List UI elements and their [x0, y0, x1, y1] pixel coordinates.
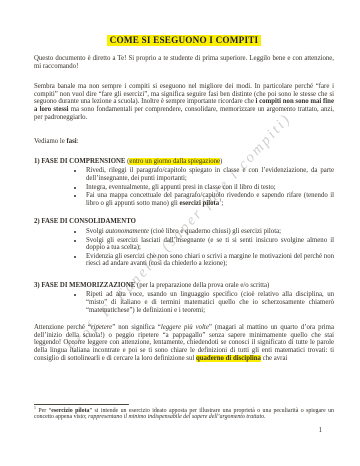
lead-in-paragraph: Vediamo le fasi:: [34, 138, 334, 146]
text-segment: ): [220, 158, 222, 165]
text-segment: esercizi pilota: [179, 200, 219, 207]
text-segment: che avrai: [261, 355, 287, 362]
section-2-bullets: Svolgi autonomamente (cioè libro e quade…: [34, 228, 334, 268]
text-segment: Per “: [36, 408, 51, 414]
section-comprensione: 1) FASE DI COMPRENSIONE (entro un giorno…: [34, 158, 334, 208]
text-segment: .: [264, 414, 265, 420]
warning-paragraph: Attenzione perché “ripetere” non signifi…: [34, 324, 334, 362]
text-segment: ;: [221, 200, 223, 207]
text-segment: Svolgi gli esercizi lasciati dall’insegn…: [86, 237, 334, 252]
document-page: Prof. F. Fanelli (saper fare i compiti) …: [0, 0, 360, 466]
text-segment: Vediamo le: [34, 138, 66, 145]
section-1-heading: 1) FASE DI COMPRENSIONE (entro un giorno…: [34, 158, 334, 166]
text-segment: leggere più volte: [161, 324, 209, 331]
section-1-bullets: Rivedi, rileggi il paragrafo/capitolo sp…: [34, 167, 334, 207]
text-segment: Rivedi, rileggi il paragrafo/capitolo sp…: [86, 167, 334, 182]
text-segment: ripetere: [91, 324, 112, 331]
bullet-item: Svolgi autonomamente (cioè libro e quade…: [84, 228, 334, 236]
title-row: COME SI ESEGUONO I COMPITI: [34, 35, 334, 46]
text-segment: fasi: [66, 138, 76, 145]
text-segment: Integra, eventualmente, gli appunti pres…: [86, 184, 276, 191]
text-segment: autonomamente: [105, 228, 148, 235]
text-segment: 1) FASE DI COMPRENSIONE: [34, 158, 125, 165]
section-memorizzazione: 3) FASE DI MEMORIZZAZIONE (per la prepar…: [34, 282, 334, 314]
text-segment: quaderno di disciplina: [196, 355, 261, 362]
footnote-text: 1 Per “esercizio pilota” si intende un e…: [34, 408, 334, 421]
bullet-item: Rivedi, rileggi il paragrafo/capitolo sp…: [84, 167, 334, 182]
text-segment: rappresentano il minimo indispensabile d…: [88, 414, 264, 420]
page-number: 1: [34, 427, 334, 434]
text-segment: ma sono fondamentali per comprendere, co…: [34, 106, 334, 121]
text-segment: 3) FASE DI MEMORIZZAZIONE: [34, 282, 135, 289]
text-segment: esercizio pilota: [51, 408, 89, 414]
bullet-item: Fai una mappa concettuale del paragrafo/…: [84, 192, 334, 207]
bullet-item: Svolgi gli esercizi lasciati dall’insegn…: [84, 237, 334, 252]
premise-paragraph: Sembra banale ma non sempre i compiti si…: [34, 83, 334, 121]
section-3-heading: 3) FASE DI MEMORIZZAZIONE (per la prepar…: [34, 282, 334, 290]
bullet-item: Ripeti ad alta voce, usando un linguaggi…: [84, 291, 334, 314]
document-title: COME SI ESEGUONO I COMPITI: [107, 35, 262, 46]
text-segment: Evidenzia gli esercizi che non sono chia…: [86, 253, 334, 268]
text-segment: Ripeti ad alta voce, usando un linguaggi…: [86, 291, 334, 313]
section-3-bullets: Ripeti ad alta voce, usando un linguaggi…: [34, 291, 334, 314]
section-consolidamento: 2) FASE DI CONSOLIDAMENTO Svolgi autonom…: [34, 218, 334, 268]
text-segment: 2) FASE DI CONSOLIDAMENTO: [34, 218, 136, 225]
text-segment: ” non significa “: [112, 324, 161, 331]
bullet-item: Evidenzia gli esercizi che non sono chia…: [84, 253, 334, 268]
bullet-item: Integra, eventualmente, gli appunti pres…: [84, 184, 334, 192]
intro-paragraph: Questo documento è diretto a Te! Si prop…: [34, 55, 334, 70]
text-segment: (cioè libro e quaderno chiusi) gli eserc…: [149, 228, 281, 235]
section-2-heading: 2) FASE DI CONSOLIDAMENTO: [34, 218, 334, 226]
text-segment: Questo documento è diretto a Te! Si prop…: [34, 55, 334, 70]
text-segment: :: [77, 138, 79, 145]
text-segment: entro un giorno dalla spiegazione: [129, 158, 220, 165]
document-content: COME SI ESEGUONO I COMPITI Questo docume…: [0, 0, 360, 362]
text-segment: Svolgi: [86, 228, 105, 235]
text-segment: (per la preparazione della prova orale e…: [135, 282, 269, 289]
text-segment: Attenzione perché “: [34, 324, 91, 331]
footnote-block: 1 Per “esercizio pilota” si intende un e…: [34, 404, 334, 434]
footnote-separator: [34, 404, 129, 405]
